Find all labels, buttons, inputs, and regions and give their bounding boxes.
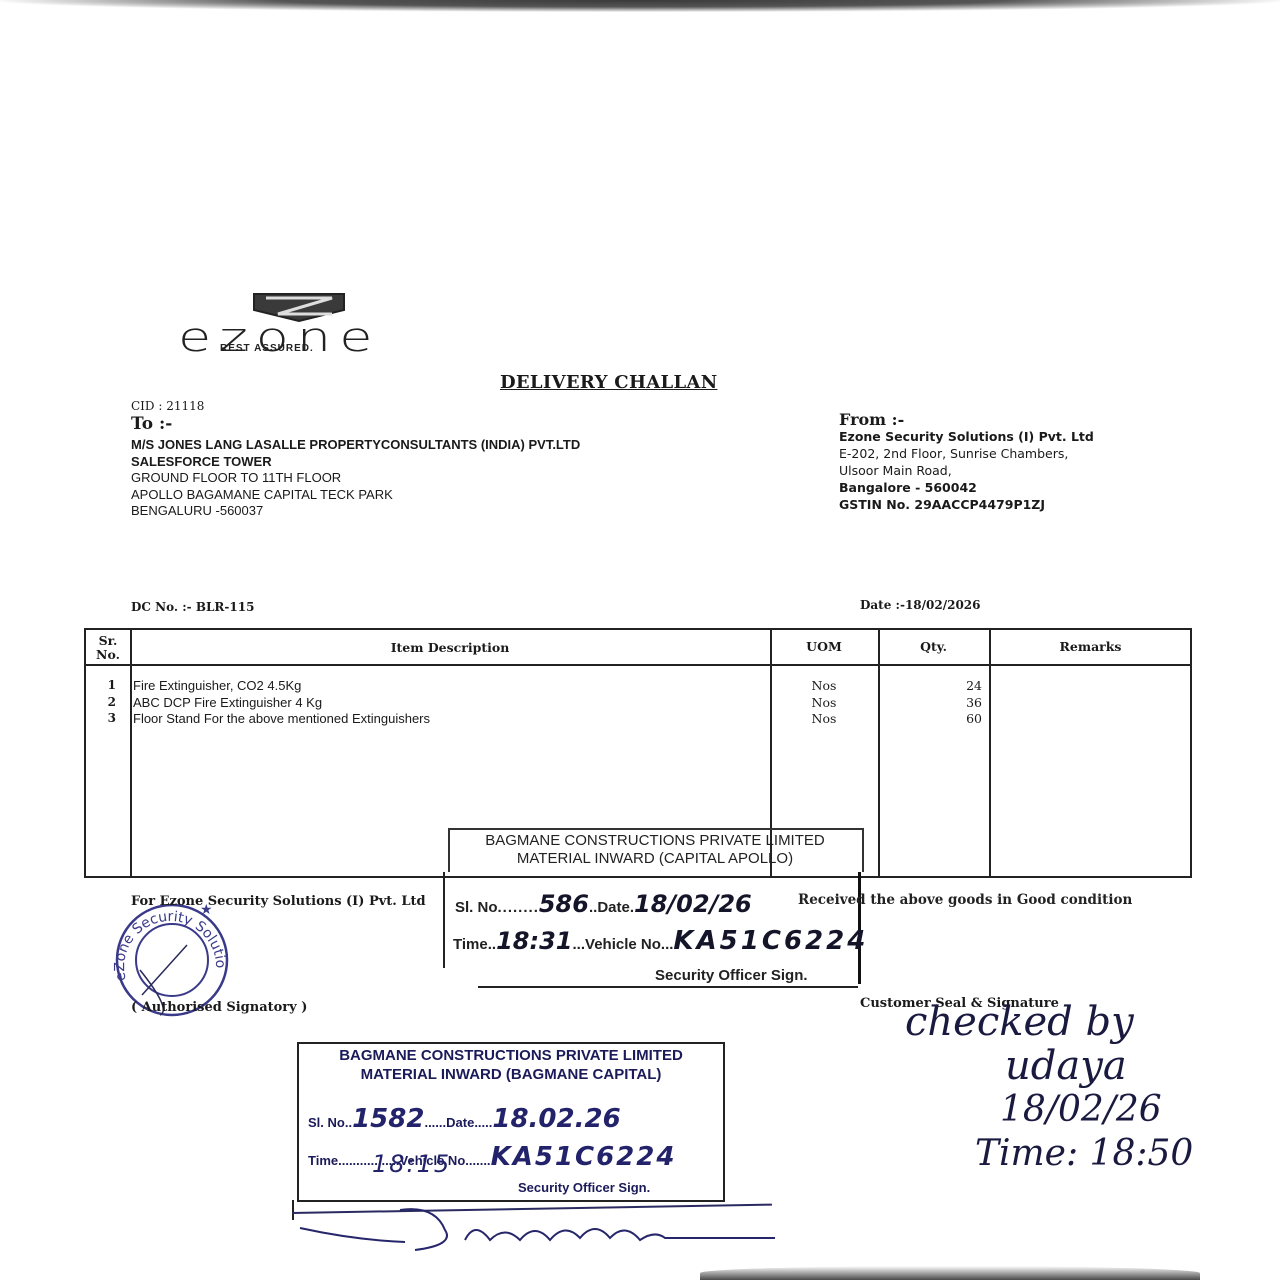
column-divider	[878, 630, 880, 876]
received-statement: Received the above goods in Good conditi…	[798, 892, 1132, 908]
row-description: Floor Stand For the above mentioned Exti…	[133, 711, 763, 726]
signature-line	[478, 986, 858, 988]
date-value: 18.02.26	[492, 1104, 620, 1134]
document-title: DELIVERY CHALLAN	[500, 372, 717, 393]
challan-date: Date :-18/02/2026	[860, 598, 981, 612]
row-sr-no: 3	[86, 711, 116, 725]
sl-value: 586	[539, 890, 589, 918]
for-company-label: For Ezone Security Solutions (I) Pvt. Lt…	[131, 894, 426, 909]
date-label: Date	[597, 899, 630, 916]
checked-time: Time: 18:50	[905, 1132, 1193, 1176]
scan-bottom-edge	[700, 1266, 1200, 1280]
header-qty: Qty.	[878, 639, 989, 654]
stamp-border	[292, 1200, 294, 1220]
row-uom: Nos	[770, 695, 878, 710]
date-value: 18/02/26	[634, 890, 752, 918]
time-label: Time	[308, 1153, 338, 1168]
header-remarks: Remarks	[989, 639, 1192, 654]
stamp2-sl-row: Sl. No..1582......Date.....18.02.26	[308, 1104, 621, 1134]
header-sr-no: Sr. No.	[86, 634, 130, 662]
stamp-subtitle: MATERIAL INWARD (BAGMANE CAPITAL)	[305, 1065, 717, 1084]
row-description: ABC DCP Fire Extinguisher 4 Kg	[133, 695, 763, 710]
customer-id: CID : 21118	[131, 399, 204, 413]
header-divider	[86, 664, 1190, 666]
column-divider	[130, 630, 132, 876]
sender-city: Bangalore - 560042	[839, 479, 1094, 496]
to-label: To :-	[131, 414, 172, 434]
stamp2-officer-sign: Security Officer Sign.	[518, 1180, 650, 1195]
stamp1-officer-sign: Security Officer Sign.	[655, 967, 808, 984]
sender-address: From :- Ezone Security Solutions (I) Pvt…	[839, 411, 1094, 513]
row-sr-no: 1	[86, 678, 116, 692]
checked-date: 18/02/26	[905, 1088, 1193, 1132]
sl-value: 1582	[352, 1104, 424, 1134]
row-uom: Nos	[770, 678, 878, 693]
bagmane-stamp-apollo-title: BAGMANE CONSTRUCTIONS PRIVATE LIMITED MA…	[460, 832, 850, 868]
vehicle-label: Vehicle No.	[585, 936, 665, 953]
recipient-city: BENGALURU -560037	[131, 503, 580, 520]
time-label: Time	[453, 936, 488, 953]
scan-top-edge	[0, 0, 1280, 12]
row-uom: Nos	[770, 711, 878, 726]
logo-tagline: REST ASSURED.	[220, 343, 314, 354]
sender-line-1: E-202, 2nd Floor, Sunrise Chambers,	[839, 445, 1094, 462]
row-sr-no: 2	[86, 695, 116, 709]
recipient-address: M/S JONES LANG LASALLE PROPERTYCONSULTAN…	[131, 437, 580, 520]
checked-by-text: checked by	[905, 1000, 1193, 1044]
sender-line-2: Ulsoor Main Road,	[839, 462, 1094, 479]
authorised-signatory-label: ( Authorised Signatory )	[131, 1000, 307, 1015]
stamp-company: BAGMANE CONSTRUCTIONS PRIVATE LIMITED	[460, 832, 850, 850]
sender-gstin: GSTIN No. 29AACCP4479P1ZJ	[839, 496, 1094, 513]
header-item-description: Item Description	[130, 640, 770, 655]
column-divider	[989, 630, 991, 876]
receiver-signature-icon	[295, 1200, 795, 1260]
stamp2-time-value: 18:15	[372, 1150, 451, 1178]
checker-name: udaya	[905, 1044, 1193, 1088]
from-label: From :-	[839, 411, 1094, 428]
handwritten-checked-note: checked by udaya 18/02/26 Time: 18:50	[905, 1000, 1193, 1176]
date-label: Date	[446, 1115, 474, 1130]
stamp-border	[443, 872, 445, 968]
stamp2-time-row: Time.................Vehicle No.......KA…	[308, 1142, 676, 1172]
stamp-company: BAGMANE CONSTRUCTIONS PRIVATE LIMITED	[305, 1046, 717, 1065]
bagmane-stamp-capital-title: BAGMANE CONSTRUCTIONS PRIVATE LIMITED MA…	[305, 1046, 717, 1084]
row-qty: 36	[878, 695, 982, 710]
stamp-subtitle: MATERIAL INWARD (CAPITAL APOLLO)	[460, 850, 850, 868]
vehicle-value: KA51C6224	[673, 926, 868, 956]
row-description: Fire Extinguisher, CO2 4.5Kg	[133, 678, 763, 693]
time-value: 18:31	[496, 927, 572, 955]
vehicle-value: KA51C6224	[491, 1142, 677, 1172]
recipient-park: APOLLO BAGAMANE CAPITAL TECK PARK	[131, 487, 580, 504]
sl-label: Sl. No	[308, 1115, 345, 1130]
dc-number: DC No. :- BLR-115	[131, 600, 254, 614]
stamp1-sl-row: Sl. No........586..Date.18/02/26	[455, 890, 752, 918]
header-uom: UOM	[770, 639, 878, 654]
recipient-floor: GROUND FLOOR TO 11TH FLOOR	[131, 470, 580, 487]
sender-name: Ezone Security Solutions (I) Pvt. Ltd	[839, 428, 1094, 445]
recipient-name: M/S JONES LANG LASALLE PROPERTYCONSULTAN…	[131, 437, 580, 454]
stamp1-time-row: Time..18:31...Vehicle No...KA51C6224	[453, 926, 868, 956]
sl-label: Sl. No	[455, 899, 498, 916]
recipient-building: SALESFORCE TOWER	[131, 454, 580, 471]
row-qty: 60	[878, 711, 982, 726]
row-qty: 24	[878, 678, 982, 693]
